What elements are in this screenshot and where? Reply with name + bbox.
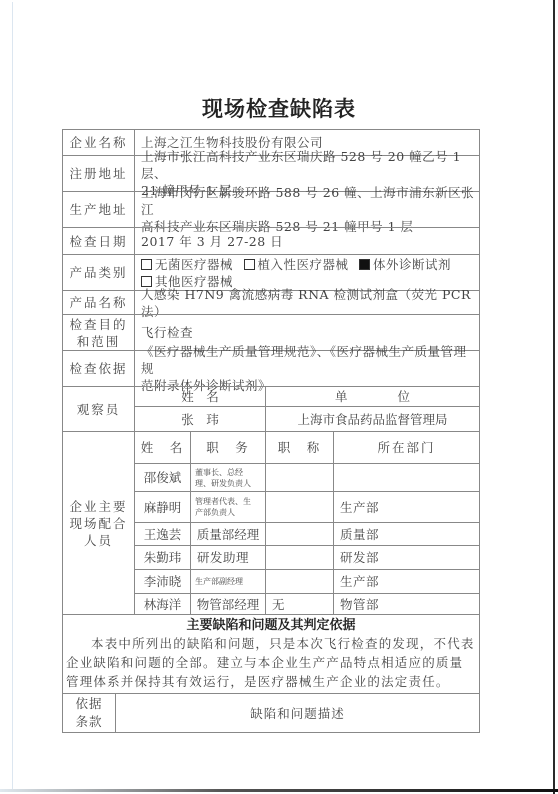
document-title: 现场检查缺陷表 (0, 93, 558, 123)
staff-row-1-position-line1: 董事长、总经 (195, 467, 243, 478)
staff-row-3-name: 王逸芸 (134, 522, 191, 546)
staff-label-line3: 人员 (84, 532, 113, 549)
staff-row-6-position: 物管部经理 (190, 593, 266, 615)
registered-address-line1: 上海市张江高科技产业东区瑞庆路 528 号 20 幢乙号 1 层、 (141, 148, 479, 182)
inspection-date-label: 检查日期 (62, 227, 135, 255)
page-edge-bottom (0, 789, 558, 792)
staff-row-1-name: 邵俊斌 (134, 463, 191, 492)
staff-row-2-position-line2: 产部负责人 (195, 507, 235, 518)
staff-row-2-title (265, 491, 334, 523)
defects-section-title: 主要缺陷和问题及其判定依据 (63, 617, 479, 634)
staff-row-3-position: 质量部经理 (190, 522, 266, 546)
staff-row-2-department: 生产部 (333, 491, 480, 523)
staff-row-5-name: 李沛晓 (134, 569, 191, 594)
production-address-label: 生产地址 (62, 191, 135, 228)
staff-row-5-position: 生产部副经理 (190, 569, 266, 594)
staff-header-title: 职 称 (265, 431, 334, 464)
option-implantable-device: 植入性医疗器械 (258, 257, 349, 272)
staff-row-4-name: 朱勤玮 (134, 545, 191, 570)
staff-row-4-position: 研发助理 (190, 545, 266, 570)
staff-row-1-department (333, 463, 480, 492)
staff-row-2-name: 麻静明 (134, 491, 191, 523)
staff-row-5-title (265, 569, 334, 594)
defect-basis-header-line2: 条款 (75, 713, 102, 731)
product-category-label: 产品类别 (62, 254, 135, 291)
staff-row-1-position: 董事长、总经 理、研发负责人 (190, 463, 266, 492)
staff-row-4-department: 研发部 (333, 545, 480, 570)
company-name-label: 企业名称 (62, 129, 135, 156)
defects-note: 本表中所列出的缺陷和问题，只是本次飞行检查的发现，不代表企业缺陷和问题的全部。建… (63, 634, 479, 691)
observer-label: 观察员 (62, 386, 135, 432)
inspection-basis-line1: 《医疗器械生产质量管理规范》、《医疗器械生产质量管理规 (141, 343, 479, 377)
staff-label-line1: 企业主要 (69, 498, 127, 515)
observer-name: 张 玮 (134, 406, 266, 432)
option-sterile-device: 无菌医疗器械 (155, 257, 233, 272)
production-address-line1: 上海市闵行区新骏环路 588 号 26 幢、上海市浦东新区张江 (141, 184, 479, 218)
defect-basis-header: 依据 条款 (62, 693, 116, 733)
product-name-value: 人感染 H7N9 禽流感病毒 RNA 检测试剂盒（荧光 PCR 法） (134, 290, 480, 315)
staff-label-line2: 现场配合 (69, 515, 127, 532)
staff-header-position: 职 务 (190, 431, 266, 464)
staff-row-2-position-line1: 管理者代表、生 (195, 496, 251, 507)
staff-row-5-department: 生产部 (333, 569, 480, 594)
staff-row-2-position: 管理者代表、生 产部负责人 (190, 491, 266, 523)
defect-basis-header-line1: 依据 (75, 695, 102, 713)
staff-row-1-title (265, 463, 334, 492)
staff-row-1-position-line2: 理、研发负责人 (195, 478, 251, 489)
registered-address-label: 注册地址 (62, 155, 135, 192)
observer-unit-header: 单 位 (265, 386, 480, 407)
option-ivd-reagent: 体外诊断试剂 (373, 257, 451, 272)
staff-row-6-title: 无 (265, 593, 334, 615)
production-address-value: 上海市闵行区新骏环路 588 号 26 幢、上海市浦东新区张江 高科技产业东区瑞… (134, 191, 480, 228)
observer-name-header: 姓 名 (134, 386, 266, 407)
observer-unit: 上海市食品药品监督管理局 (265, 406, 480, 432)
inspection-purpose-label-line2: 和范围 (77, 333, 121, 350)
checkbox-ivd-reagent-checked[interactable] (359, 259, 370, 270)
inspection-purpose-label-line1: 检查目的 (69, 316, 127, 333)
staff-header-department: 所在部门 (333, 431, 480, 464)
inspection-basis-label: 检查依据 (62, 350, 135, 387)
staff-header-name: 姓 名 (134, 431, 191, 464)
inspection-basis-value: 《医疗器械生产质量管理规范》、《医疗器械生产质量管理规 范附录体外诊断试剂》 (134, 350, 480, 387)
staff-row-6-department: 物管部 (333, 593, 480, 615)
inspection-purpose-label: 检查目的 和范围 (62, 314, 135, 351)
staff-row-3-title (265, 522, 334, 546)
product-category-line1: 无菌医疗器械 植入性医疗器械 体外诊断试剂 (141, 256, 451, 273)
defects-section: 主要缺陷和问题及其判定依据 本表中所列出的缺陷和问题，只是本次飞行检查的发现，不… (62, 614, 480, 694)
defect-description-header: 缺陷和问题描述 (115, 693, 480, 733)
staff-row-4-title (265, 545, 334, 570)
inspection-defect-table: 企业名称 上海之江生物科技股份有限公司 注册地址 上海市张江高科技产业东区瑞庆路… (62, 129, 480, 733)
inspection-date-value: 2017 年 3 月 27-28 日 (134, 227, 480, 255)
checkbox-sterile-device[interactable] (141, 259, 152, 270)
staff-label: 企业主要 现场配合 人员 (62, 431, 135, 615)
staff-row-3-department: 质量部 (333, 522, 480, 546)
product-name-label: 产品名称 (62, 290, 135, 315)
checkbox-implantable-device[interactable] (244, 259, 255, 270)
staff-row-6-name: 林海洋 (134, 593, 191, 615)
